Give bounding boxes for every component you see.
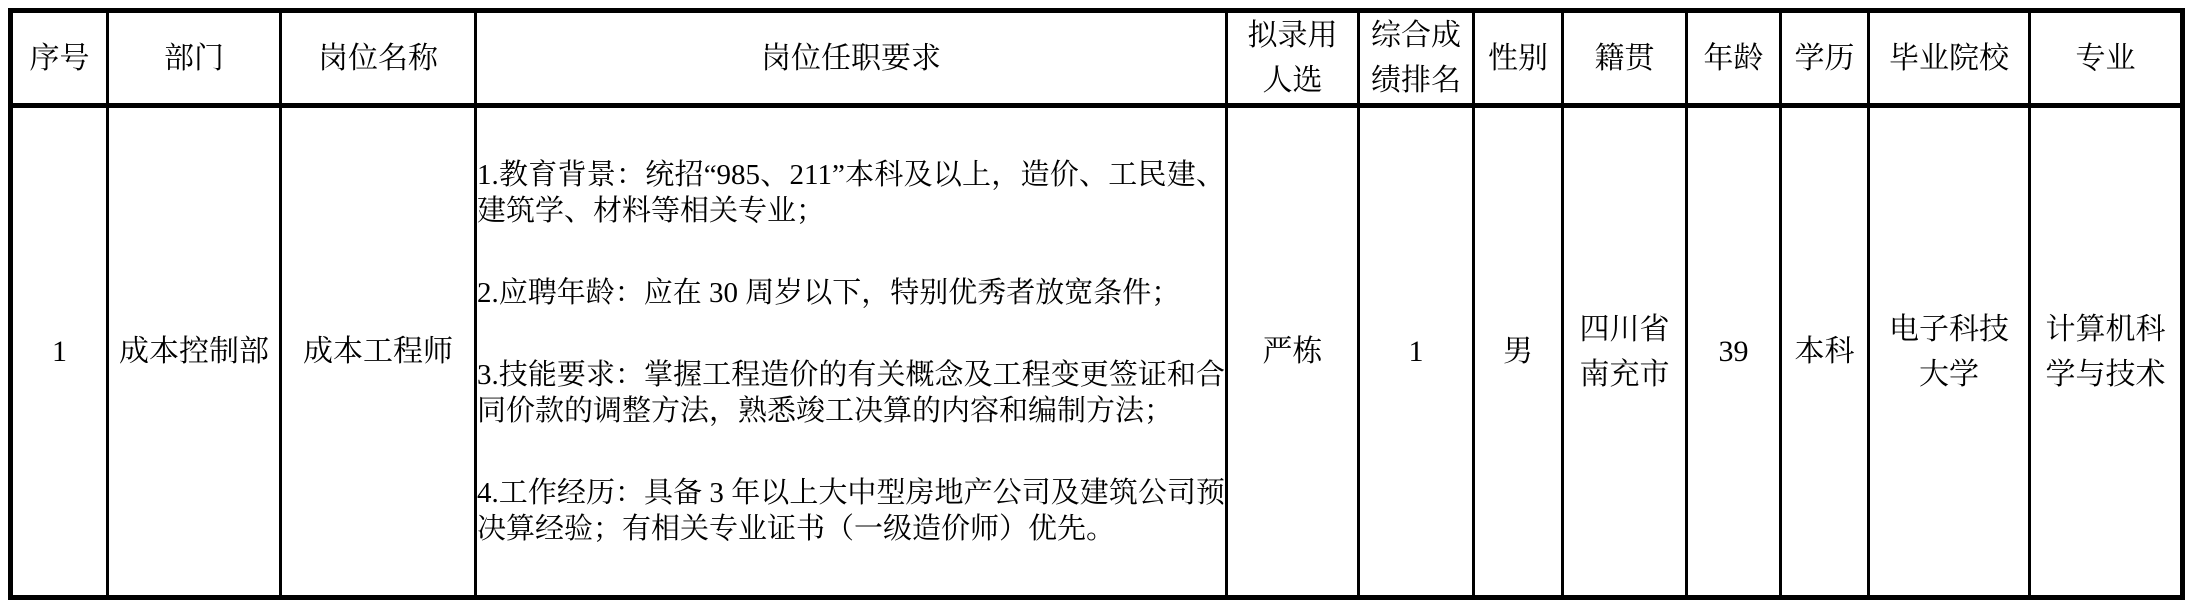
cell-major: 计算机科 学与技术 (2030, 106, 2183, 598)
requirement-paragraph-1: 1.教育背景：统招“985、211”本科及以上，造价、工民建、建筑学、材料等相关… (477, 157, 1225, 229)
col-header-position: 岗位名称 (281, 11, 476, 106)
cell-rank: 1 (1359, 106, 1474, 598)
cell-department: 成本控制部 (108, 106, 281, 598)
col-header-department: 部门 (108, 11, 281, 106)
cell-candidate: 严栋 (1227, 106, 1359, 598)
col-header-hometown: 籍贯 (1563, 11, 1687, 106)
col-header-seq: 序号 (11, 11, 108, 106)
cell-position: 成本工程师 (281, 106, 476, 598)
requirement-paragraph-4: 4.工作经历：具备 3 年以上大中型房地产公司及建筑公司预决算经验；有相关专业证… (477, 475, 1225, 547)
col-header-gender: 性别 (1474, 11, 1563, 106)
cell-education: 本科 (1781, 106, 1869, 598)
table-header-row: 序号 部门 岗位名称 岗位任职要求 拟录用 人选 综合成 绩排名 性别 籍贯 年… (11, 11, 2183, 106)
requirement-paragraph-3: 3.技能要求：掌握工程造价的有关概念及工程变更签证和合同价款的调整方法，熟悉竣工… (477, 357, 1225, 429)
col-header-rank: 综合成 绩排名 (1359, 11, 1474, 106)
cell-requirements: 1.教育背景：统招“985、211”本科及以上，造价、工民建、建筑学、材料等相关… (476, 106, 1227, 598)
col-header-age: 年龄 (1687, 11, 1781, 106)
cell-school: 电子科技 大学 (1869, 106, 2030, 598)
recruitment-table: 序号 部门 岗位名称 岗位任职要求 拟录用 人选 综合成 绩排名 性别 籍贯 年… (8, 8, 2185, 600)
cell-age: 39 (1687, 106, 1781, 598)
col-header-school: 毕业院校 (1869, 11, 2030, 106)
col-header-education: 学历 (1781, 11, 1869, 106)
col-header-candidate: 拟录用 人选 (1227, 11, 1359, 106)
col-header-major: 专业 (2030, 11, 2183, 106)
table-row: 1 成本控制部 成本工程师 1.教育背景：统招“985、211”本科及以上，造价… (11, 106, 2183, 598)
cell-seq: 1 (11, 106, 108, 598)
requirement-paragraph-2: 2.应聘年龄：应在 30 周岁以下，特别优秀者放宽条件； (477, 275, 1225, 311)
col-header-requirements: 岗位任职要求 (476, 11, 1227, 106)
cell-gender: 男 (1474, 106, 1563, 598)
cell-hometown: 四川省 南充市 (1563, 106, 1687, 598)
